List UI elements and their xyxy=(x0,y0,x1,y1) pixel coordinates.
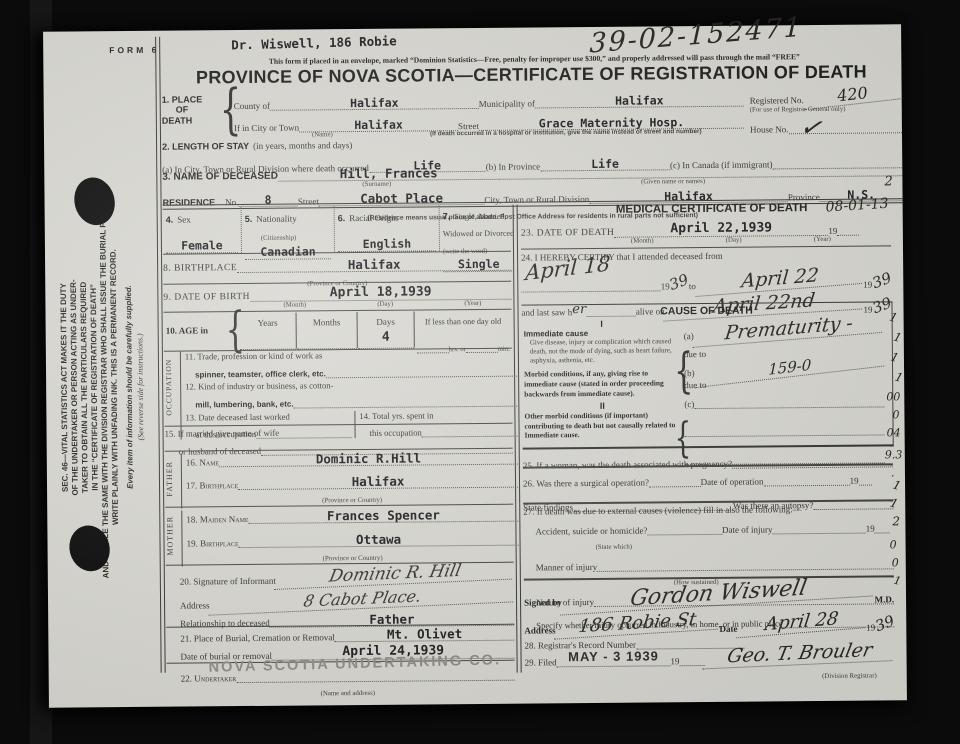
s18-label: 18. Maiden Name xyxy=(186,514,248,525)
occupation-vertical-label: OCCUPATION xyxy=(164,354,178,422)
section-undertaker: 22. Undertaker (Name and address) NOVA S… xyxy=(181,663,515,702)
scanned-death-certificate: FORM 6 SEC. 46—VITAL STATISTICS ACT MAKE… xyxy=(0,0,960,744)
s17-note: (Province or Country) xyxy=(322,497,382,505)
section-informant: 20. Signature of Informant Dominic R. Hi… xyxy=(180,565,515,629)
racial-origin-label: Racial Origin xyxy=(349,213,398,223)
s29-yr: 19 xyxy=(670,656,679,666)
s3-label: 3. NAME OF DECEASED xyxy=(162,171,278,183)
section-signed-by: Signed by Gordon Wiswell M.D. Address 18… xyxy=(524,580,894,635)
burial-place-value: Mt. Olivet xyxy=(335,627,515,643)
signed-yr-hand: 39 xyxy=(873,612,897,636)
sex-label: Sex xyxy=(177,214,191,224)
handwritten-doctor-annotation: Dr. Wiswell, 186 Robie xyxy=(231,33,397,52)
margin-mark: 0 xyxy=(892,556,899,569)
s20-address-label: Address xyxy=(180,600,210,610)
s26-date-label: Date of operation xyxy=(701,476,764,487)
s11-line2: spinner, teamster, office clerk, etc. xyxy=(185,369,326,379)
marital-label: Single, Married, xyxy=(454,212,506,221)
section-father: FATHER 16. Name Dominic R.Hill 17. Birth… xyxy=(165,449,513,506)
s1-label-place: PLACE xyxy=(172,94,203,104)
margin-mark: 00 xyxy=(886,390,900,403)
cause-brace-b: { xyxy=(674,344,694,400)
s23-month-note: (Month) xyxy=(631,237,654,244)
cell-no: 4. xyxy=(166,215,174,225)
racial-origin-value: English xyxy=(338,236,436,252)
s17-label: 17. Birthplace xyxy=(186,480,238,490)
cause-a-label: (a) xyxy=(684,331,694,341)
birthplace-value: Halifax xyxy=(237,257,511,274)
signed-by-label: Signed by xyxy=(524,597,562,607)
left-column: 4. Sex Female 5. Nationality(Citizenship… xyxy=(163,205,515,678)
municipality-value: Halifax xyxy=(535,94,744,109)
marital-label2: Widowed or Divorced xyxy=(443,228,514,238)
municipality-label: Municipality of xyxy=(479,99,535,109)
section-filed: 29. Filed MAY - 3 1939 19 Geo. T. Broule… xyxy=(524,643,894,685)
cause-a-value: Prematurity - xyxy=(693,312,885,348)
s16-label: 16. Name xyxy=(186,457,219,467)
age-days-label: Days xyxy=(376,317,395,327)
morbid-desc: Morbid conditions, if any, giving rise t… xyxy=(524,368,680,398)
division-registrar-note: (Division Registrar) xyxy=(822,672,877,679)
nationality-label: Nationality xyxy=(256,214,297,224)
margin-mark: . xyxy=(891,466,895,479)
right-column: MEDICAL CERTIFICATE OF DEATH 08-01-13 23… xyxy=(521,201,907,674)
s2-label: 2. LENGTH OF STAY xyxy=(162,141,249,152)
cell-no: 7. xyxy=(443,211,451,221)
age-years-label: Years xyxy=(258,318,278,328)
cause-c-label: (c) xyxy=(684,400,694,410)
registered-no-label: Registered No. xyxy=(750,95,804,105)
cell-no: 5. xyxy=(245,214,253,224)
write-word-note: (write the word) xyxy=(443,247,487,254)
county-value: Halifax xyxy=(270,96,479,111)
given-note: (Given name or names) xyxy=(641,178,705,186)
s24-yr1-hand: 39 xyxy=(667,270,691,294)
s29-label: 29. Filed xyxy=(525,657,557,667)
s20-label: 20. Signature of Informant xyxy=(180,576,276,587)
s26-label: 26. Was there a surgical operation? xyxy=(523,477,649,488)
form-number: FORM 6 xyxy=(109,45,159,55)
s9-label: 9. DATE OF BIRTH xyxy=(163,292,250,303)
given-name-blank xyxy=(499,158,902,179)
father-vertical-label: FATHER xyxy=(165,454,178,504)
mother-maiden-name-value: Frances Spencer xyxy=(248,508,518,524)
section-age: 10. AGE in { Years Months Days4 If less … xyxy=(164,311,512,350)
sidebar: SEC. 46—VITAL STATISTICS ACT MAKES IT TH… xyxy=(46,89,159,686)
s23-year-note: (Year) xyxy=(814,236,831,243)
s24-yr2-hand: 39 xyxy=(870,269,894,293)
s12-line2: mill, lumbering, bank, etc. xyxy=(185,399,293,409)
s23-label: 23. DATE OF DEATH xyxy=(521,228,614,239)
date-of-death-value: April 22,1939 xyxy=(614,221,828,238)
father-birthplace-value: Halifax xyxy=(238,474,518,491)
county-label: County of xyxy=(234,101,270,111)
city-town-label: If in City or Town xyxy=(234,123,299,134)
section-date-of-death: 23. DATE OF DEATH April 22,1939 19 (Mont… xyxy=(521,217,891,245)
s1-label-of: OF xyxy=(162,105,189,115)
s1-label-death: DEATH xyxy=(162,115,192,125)
s2-sub: (in years, months and days) xyxy=(253,140,352,151)
s9-month-note: (Month) xyxy=(283,301,306,308)
section-mother: MOTHER 18. Maiden Name Frances Spencer 1… xyxy=(165,505,513,564)
md-label: M.D. xyxy=(875,594,895,604)
margin-mark: 04 xyxy=(887,426,901,439)
age-months-label: Months xyxy=(313,317,341,327)
informant-address: 8 Cabot Place. xyxy=(208,584,516,615)
form-body: Dr. Wiswell, 186 Robie 39-02-152471 This… xyxy=(161,24,907,706)
other-morbid-desc: Other morbid conditions (if important) c… xyxy=(524,410,680,440)
s19-label: 19. Birthplace xyxy=(186,538,238,548)
s23-yr: 19 xyxy=(828,226,837,236)
margin-mark: 0 xyxy=(892,408,899,421)
section-date-of-birth: 9. DATE OF BIRTH April 18,1939 (Month) (… xyxy=(163,285,511,310)
signed-date-value: April 28 xyxy=(736,608,867,638)
demographic-cells: 4. Sex Female 5. Nationality(Citizenship… xyxy=(163,205,511,255)
mother-vertical-label: MOTHER xyxy=(165,510,178,562)
margin-mark: 2 xyxy=(892,514,900,528)
s21-label: 21. Place of Burial, Cremation or Remova… xyxy=(180,632,335,643)
s9-day-note: (Day) xyxy=(377,300,393,307)
immediate-cause-desc: Give disease, injury or complication whi… xyxy=(524,337,680,365)
section-cause-of-death: CAUSE OF DEATH I Immediate cause Give di… xyxy=(521,301,893,449)
s26-yr: 19 xyxy=(850,475,859,485)
s19-note: (Province or Country) xyxy=(323,555,383,563)
father-name-value: Dominic R.Hill xyxy=(219,451,518,468)
citizenship-note: (Citizenship) xyxy=(261,235,297,242)
surname-note: (Surname) xyxy=(362,181,391,188)
margin-mark: 2 xyxy=(884,174,892,189)
section-occupation: OCCUPATION 11. Trade, profession or kind… xyxy=(164,349,513,424)
s8-label: 8. BIRTHPLACE xyxy=(163,263,237,274)
s1-number: 1. xyxy=(162,95,170,105)
s27-state-which-note: (State which) xyxy=(596,543,632,550)
section-place-of-death: 1. PLACE OF DEATH { County of Halifax Mu… xyxy=(162,86,902,134)
s22-note: (Name and address) xyxy=(321,690,375,697)
s27-yr: 19 xyxy=(866,523,875,533)
filed-date-stamp: MAY - 3 1939 xyxy=(568,649,659,665)
certificate-paper: FORM 6 SEC. 46—VITAL STATISTICS ACT MAKE… xyxy=(43,24,907,707)
s27-injury-date-label: Date of injury xyxy=(722,524,773,534)
s10-label: 10. AGE in xyxy=(166,325,208,335)
margin-mark: 0 xyxy=(890,538,897,551)
s27-label: 27. If death was due to external causes … xyxy=(523,503,893,516)
cell-no: 6. xyxy=(338,213,346,223)
s27-manner-label: Manner of injury xyxy=(536,562,598,573)
sex-value: Female xyxy=(166,238,238,254)
deceased-name-value: Hill, Frances xyxy=(278,165,500,181)
age-days-value: 4 xyxy=(358,330,414,349)
age-less-label: If less than one day old xyxy=(425,317,501,327)
s9-year-note: (Year) xyxy=(464,300,481,307)
s23-day-note: (Day) xyxy=(726,236,742,243)
mother-birthplace-value: Ottawa xyxy=(239,532,519,549)
margin-mark: 9.3 xyxy=(885,448,903,461)
